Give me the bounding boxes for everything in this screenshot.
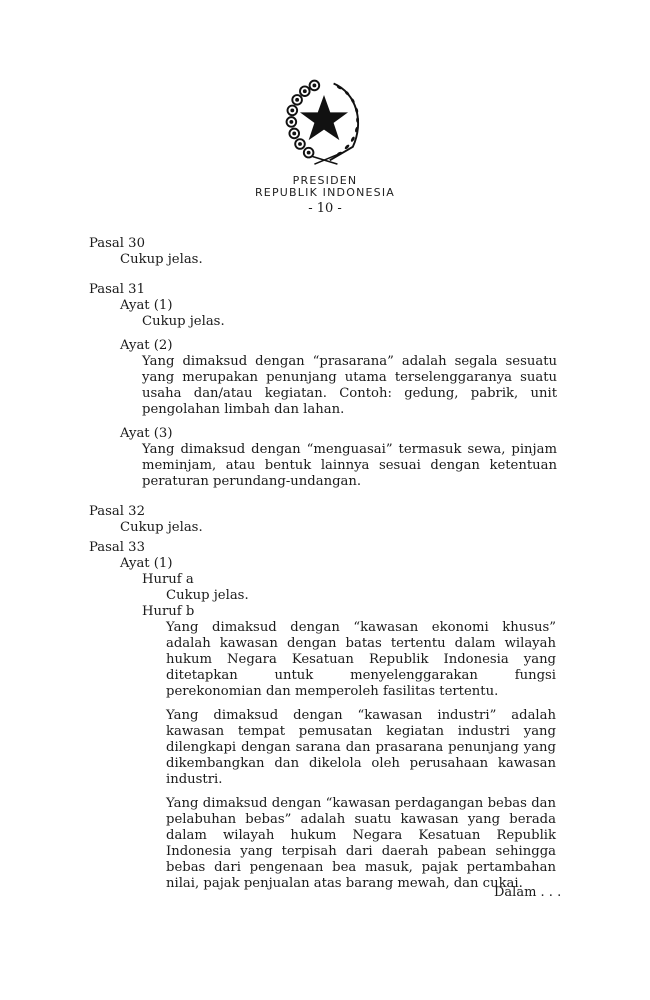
pasal-31-ayat-2-title: Ayat (2) xyxy=(120,338,557,354)
pasal-33-title: Pasal 33 xyxy=(89,540,557,556)
pasal-32-text: Cukup jelas. xyxy=(120,520,557,536)
header-republic: REPUBLIK INDONESIA xyxy=(0,186,650,199)
pasal-31-ayat-3-text: Yang dimaksud dengan “menguasai” termasu… xyxy=(142,442,557,490)
pasal-30-title: Pasal 30 xyxy=(89,236,557,252)
pasal-30-text: Cukup jelas. xyxy=(120,252,557,268)
pasal-33-huruf-b-paragraph-2: Yang dimaksud dengan “kawasan industri” … xyxy=(166,708,556,788)
pasal-33-huruf-b-paragraph-3: Yang dimaksud dengan “kawasan perdaganga… xyxy=(166,796,556,892)
pasal-33-huruf-b-paragraph-1: Yang dimaksud dengan “kawasan ekonomi kh… xyxy=(166,620,556,700)
page-number: - 10 - xyxy=(0,201,650,216)
garuda-star-emblem-icon xyxy=(276,72,372,168)
pasal-33-huruf-a-title: Huruf a xyxy=(142,572,557,588)
pasal-31-ayat-2-text: Yang dimaksud dengan “prasarana” adalah … xyxy=(142,354,557,418)
pasal-33-ayat-1-title: Ayat (1) xyxy=(120,556,557,572)
pasal-31-ayat-3-title: Ayat (3) xyxy=(120,426,557,442)
pasal-33-huruf-b-title: Huruf b xyxy=(142,604,557,620)
document-body: Pasal 30 Cukup jelas. Pasal 31 Ayat (1) … xyxy=(89,236,557,892)
pasal-32-title: Pasal 32 xyxy=(89,504,557,520)
continuation-text: Dalam . . . xyxy=(494,885,561,900)
pasal-31-ayat-1-title: Ayat (1) xyxy=(120,298,557,314)
pasal-33-huruf-a-text: Cukup jelas. xyxy=(166,588,557,604)
pasal-31-ayat-1-text: Cukup jelas. xyxy=(142,314,557,330)
pasal-31-title: Pasal 31 xyxy=(89,282,557,298)
